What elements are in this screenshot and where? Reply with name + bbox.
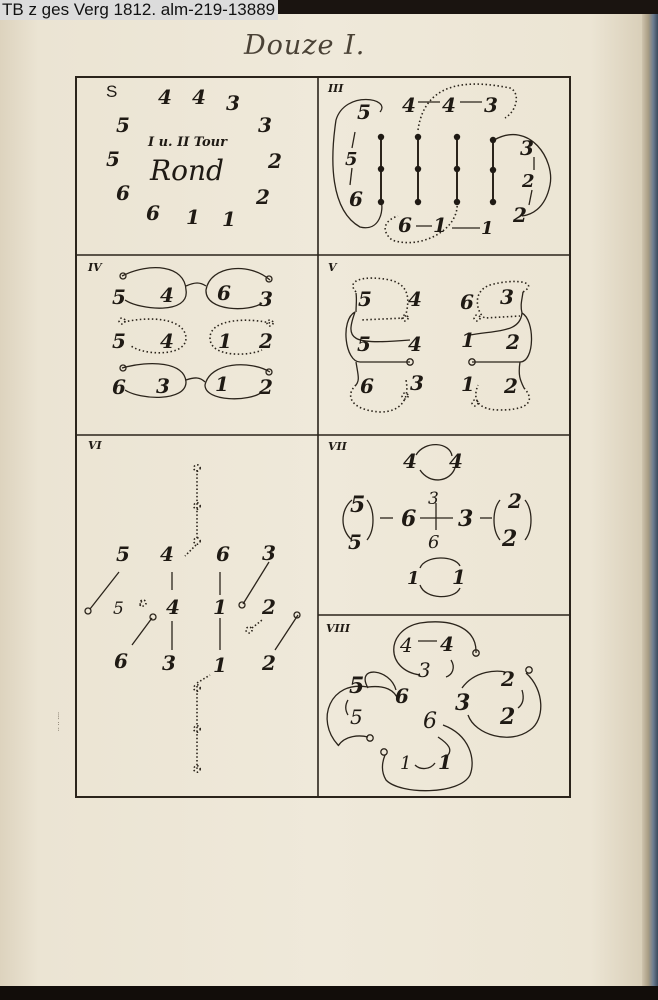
svg-text:1: 1 xyxy=(213,653,227,677)
svg-text:5: 5 xyxy=(350,705,363,729)
svg-text:3: 3 xyxy=(162,651,176,675)
svg-text:4: 4 xyxy=(408,287,422,311)
svg-text:2: 2 xyxy=(521,171,535,192)
svg-text:VI: VI xyxy=(88,439,103,452)
svg-text:3: 3 xyxy=(156,374,170,398)
svg-text:5: 5 xyxy=(358,287,372,311)
svg-text:1: 1 xyxy=(461,328,475,352)
svg-text:1: 1 xyxy=(452,565,466,589)
svg-text:1: 1 xyxy=(407,568,420,589)
figure-heading: I u. II Tour xyxy=(147,135,228,150)
svg-text:5: 5 xyxy=(348,530,362,554)
svg-text:2: 2 xyxy=(261,651,276,675)
svg-text:1: 1 xyxy=(438,750,452,774)
svg-text:6: 6 xyxy=(116,181,130,205)
svg-text:4: 4 xyxy=(440,632,454,656)
svg-text:3: 3 xyxy=(500,285,514,309)
svg-text:1: 1 xyxy=(186,205,200,229)
svg-text:2: 2 xyxy=(505,330,520,354)
svg-text:3: 3 xyxy=(458,506,473,532)
svg-text:2: 2 xyxy=(258,375,273,399)
svg-text:6: 6 xyxy=(112,375,126,399)
figure-5: V 5 4 5 4 6 3 6 3 1 2 1 2 xyxy=(328,261,532,412)
svg-text:3: 3 xyxy=(226,91,240,115)
svg-text:5: 5 xyxy=(349,673,364,699)
svg-text:2: 2 xyxy=(499,704,515,730)
svg-text:2: 2 xyxy=(501,526,517,552)
svg-text:5: 5 xyxy=(112,329,126,353)
svg-text:4: 4 xyxy=(158,85,172,109)
svg-text:4: 4 xyxy=(160,329,174,353)
svg-text:3: 3 xyxy=(410,371,424,395)
svg-text:5: 5 xyxy=(112,285,126,309)
svg-text:6: 6 xyxy=(216,542,230,566)
figure-6: VI 5 4 6 3 5 4 1 xyxy=(85,439,300,772)
svg-text:IV: IV xyxy=(87,261,103,274)
svg-text:2: 2 xyxy=(255,185,270,209)
svg-text:6: 6 xyxy=(398,213,412,237)
svg-text:6: 6 xyxy=(349,187,363,211)
svg-text:6: 6 xyxy=(460,290,474,314)
svg-text:3: 3 xyxy=(418,658,431,682)
svg-text:1: 1 xyxy=(215,372,229,396)
svg-text:V: V xyxy=(328,261,338,274)
svg-text:III: III xyxy=(327,82,344,95)
svg-text:3: 3 xyxy=(262,541,276,565)
svg-text:5: 5 xyxy=(116,542,130,566)
svg-text:4: 4 xyxy=(402,93,416,117)
svg-text:1: 1 xyxy=(481,218,494,239)
svg-text:5: 5 xyxy=(106,147,120,171)
svg-text:2: 2 xyxy=(258,329,273,353)
figure-1-rond: S 4 4 3 3 2 2 1 1 6 6 5 5 I u. II Tour R… xyxy=(106,82,282,231)
svg-text:2: 2 xyxy=(261,595,276,619)
svg-text:1: 1 xyxy=(213,595,227,619)
svg-text:4: 4 xyxy=(399,633,413,657)
svg-text:3: 3 xyxy=(259,287,273,311)
svg-text:5: 5 xyxy=(345,149,358,170)
svg-text:4: 4 xyxy=(408,332,422,356)
svg-text:6: 6 xyxy=(395,684,409,708)
svg-text:5: 5 xyxy=(116,113,130,137)
svg-text:2: 2 xyxy=(512,203,527,227)
svg-text:1: 1 xyxy=(218,329,232,353)
svg-text:6: 6 xyxy=(428,532,439,553)
svg-text:4: 4 xyxy=(449,449,463,473)
svg-text:5: 5 xyxy=(357,332,371,356)
svg-text:6: 6 xyxy=(423,709,437,734)
svg-text:4: 4 xyxy=(403,449,417,473)
svg-text:4: 4 xyxy=(160,283,174,307)
svg-text:3: 3 xyxy=(520,136,534,160)
svg-text:VIII: VIII xyxy=(326,622,351,635)
svg-text:5: 5 xyxy=(357,100,371,124)
svg-text:2: 2 xyxy=(507,489,522,513)
svg-text:4: 4 xyxy=(166,595,180,619)
figure-plate: S 4 4 3 3 2 2 1 1 6 6 5 5 I u. II Tour R… xyxy=(0,0,658,1000)
figure-3: III 4 4 3 5 5 6 xyxy=(327,82,551,243)
svg-text:1: 1 xyxy=(400,753,411,774)
svg-text:6: 6 xyxy=(114,649,128,673)
svg-text:4: 4 xyxy=(192,85,206,109)
svg-text:2: 2 xyxy=(503,374,518,398)
svg-text:1: 1 xyxy=(222,207,236,231)
svg-text:3: 3 xyxy=(455,690,470,716)
svg-text:5: 5 xyxy=(350,492,365,518)
svg-text:6: 6 xyxy=(401,506,416,532)
svg-text:6: 6 xyxy=(217,281,231,305)
figure-subtitle: Rond xyxy=(149,154,224,187)
svg-text:5: 5 xyxy=(113,599,124,619)
svg-text:4: 4 xyxy=(442,93,456,117)
figure-8: VIII 4 4 3 5 6 5 3 2 2 6 1 1 xyxy=(326,622,541,791)
svg-text:3: 3 xyxy=(258,113,272,137)
svg-text:6: 6 xyxy=(146,201,160,225)
svg-text:1: 1 xyxy=(433,213,447,237)
figure-4: IV 5 4 6 3 5 4 1 2 6 3 1 2 xyxy=(87,261,273,399)
corner-mark: S xyxy=(106,82,117,101)
svg-text:3: 3 xyxy=(428,489,439,509)
svg-text:1: 1 xyxy=(461,372,475,396)
svg-text:2: 2 xyxy=(267,149,282,173)
svg-text:4: 4 xyxy=(160,542,174,566)
svg-text:VII: VII xyxy=(328,440,348,453)
figure-7: VII 4 4 5 5 6 3 3 6 2 2 1 1 xyxy=(328,440,531,597)
svg-text:3: 3 xyxy=(484,93,498,117)
svg-text:2: 2 xyxy=(500,667,515,691)
svg-text:6: 6 xyxy=(360,374,374,398)
